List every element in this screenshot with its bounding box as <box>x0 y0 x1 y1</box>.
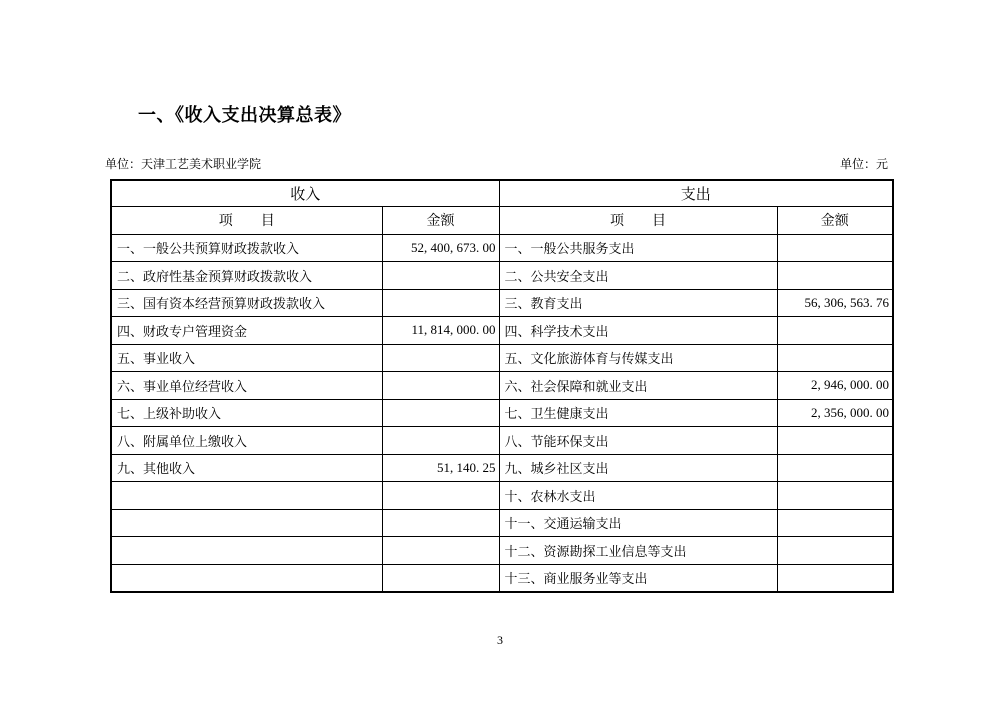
expense-item-cell: 四、科学技术支出 <box>499 317 777 345</box>
expense-item-cell: 十、农林水支出 <box>499 482 777 510</box>
income-item-cell <box>111 482 382 510</box>
income-amount-cell <box>382 262 499 290</box>
income-amount-cell <box>382 372 499 400</box>
income-amount-cell: 51, 140. 25 <box>382 454 499 482</box>
expense-item-cell: 十二、资源勘探工业信息等支出 <box>499 537 777 565</box>
income-amount-column-header: 金额 <box>382 206 499 234</box>
expense-amount-cell <box>777 427 893 455</box>
income-item-cell: 六、事业单位经营收入 <box>111 372 382 400</box>
expense-amount-cell: 2, 946, 000. 00 <box>777 372 893 400</box>
income-item-cell <box>111 537 382 565</box>
income-item-cell: 三、国有资本经营预算财政拨款收入 <box>111 289 382 317</box>
table-row: 五、事业收入 五、文化旅游体育与传媒支出 <box>111 344 893 372</box>
income-item-cell <box>111 564 382 592</box>
income-expenditure-table: 收入 支出 项 目 金额 项 目 金额 一、一般公共预算财政拨款收入 52, 4… <box>110 179 894 593</box>
expense-amount-column-header: 金额 <box>777 206 893 234</box>
expense-item-cell: 七、卫生健康支出 <box>499 399 777 427</box>
expense-item-cell: 五、文化旅游体育与传媒支出 <box>499 344 777 372</box>
expense-amount-cell <box>777 509 893 537</box>
income-item-cell: 一、一般公共预算财政拨款收入 <box>111 234 382 262</box>
table-row: 七、上级补助收入 七、卫生健康支出 2, 356, 000. 00 <box>111 399 893 427</box>
expense-amount-cell <box>777 344 893 372</box>
table-row: 九、其他收入 51, 140. 25 九、城乡社区支出 <box>111 454 893 482</box>
table-row: 一、一般公共预算财政拨款收入 52, 400, 673. 00 一、一般公共服务… <box>111 234 893 262</box>
expense-item-cell: 十三、商业服务业等支出 <box>499 564 777 592</box>
income-amount-cell <box>382 482 499 510</box>
expense-item-column-header: 项 目 <box>499 206 777 234</box>
section-header-row: 收入 支出 <box>111 180 893 206</box>
expense-item-cell: 三、教育支出 <box>499 289 777 317</box>
table-row: 三、国有资本经营预算财政拨款收入 三、教育支出 56, 306, 563. 76 <box>111 289 893 317</box>
document-page: 一、《收入支出决算总表》 单位：天津工艺美术职业学院 单位：元 收入 支出 项 … <box>0 0 1000 707</box>
expense-item-cell: 八、节能环保支出 <box>499 427 777 455</box>
expense-amount-cell: 2, 356, 000. 00 <box>777 399 893 427</box>
income-amount-cell <box>382 564 499 592</box>
table-row: 十三、商业服务业等支出 <box>111 564 893 592</box>
income-amount-cell <box>382 509 499 537</box>
income-item-cell: 四、财政专户管理资金 <box>111 317 382 345</box>
page-number: 3 <box>0 633 1000 648</box>
expense-item-cell: 六、社会保障和就业支出 <box>499 372 777 400</box>
table-row: 二、政府性基金预算财政拨款收入 二、公共安全支出 <box>111 262 893 290</box>
income-item-cell: 九、其他收入 <box>111 454 382 482</box>
expense-item-cell: 一、一般公共服务支出 <box>499 234 777 262</box>
income-item-column-header: 项 目 <box>111 206 382 234</box>
income-amount-cell <box>382 427 499 455</box>
income-amount-cell <box>382 344 499 372</box>
table-row: 四、财政专户管理资金 11, 814, 000. 00 四、科学技术支出 <box>111 317 893 345</box>
expense-amount-cell <box>777 317 893 345</box>
expense-amount-cell <box>777 234 893 262</box>
expenditure-section-header: 支出 <box>499 180 893 206</box>
income-amount-cell: 52, 400, 673. 00 <box>382 234 499 262</box>
table-row: 八、附属单位上缴收入 八、节能环保支出 <box>111 427 893 455</box>
expense-amount-cell <box>777 537 893 565</box>
expense-amount-cell: 56, 306, 563. 76 <box>777 289 893 317</box>
unit-row: 单位：天津工艺美术职业学院 单位：元 <box>105 157 888 172</box>
expense-amount-cell <box>777 262 893 290</box>
expense-amount-cell <box>777 454 893 482</box>
income-item-cell: 七、上级补助收入 <box>111 399 382 427</box>
income-item-cell: 二、政府性基金预算财政拨款收入 <box>111 262 382 290</box>
page-title: 一、《收入支出决算总表》 <box>138 103 351 127</box>
expense-amount-cell <box>777 482 893 510</box>
income-amount-cell <box>382 289 499 317</box>
table-row: 十二、资源勘探工业信息等支出 <box>111 537 893 565</box>
income-item-cell: 八、附属单位上缴收入 <box>111 427 382 455</box>
unit-currency-label: 单位：元 <box>840 157 888 172</box>
income-section-header: 收入 <box>111 180 499 206</box>
table-row: 十、农林水支出 <box>111 482 893 510</box>
expense-item-cell: 二、公共安全支出 <box>499 262 777 290</box>
income-amount-cell: 11, 814, 000. 00 <box>382 317 499 345</box>
income-amount-cell <box>382 537 499 565</box>
income-item-cell: 五、事业收入 <box>111 344 382 372</box>
expense-item-cell: 九、城乡社区支出 <box>499 454 777 482</box>
income-amount-cell <box>382 399 499 427</box>
expense-item-cell: 十一、交通运输支出 <box>499 509 777 537</box>
column-header-row: 项 目 金额 项 目 金额 <box>111 206 893 234</box>
table-row: 十一、交通运输支出 <box>111 509 893 537</box>
table-row: 六、事业单位经营收入 六、社会保障和就业支出 2, 946, 000. 00 <box>111 372 893 400</box>
expense-amount-cell <box>777 564 893 592</box>
income-item-cell <box>111 509 382 537</box>
unit-name-label: 单位：天津工艺美术职业学院 <box>105 157 261 172</box>
